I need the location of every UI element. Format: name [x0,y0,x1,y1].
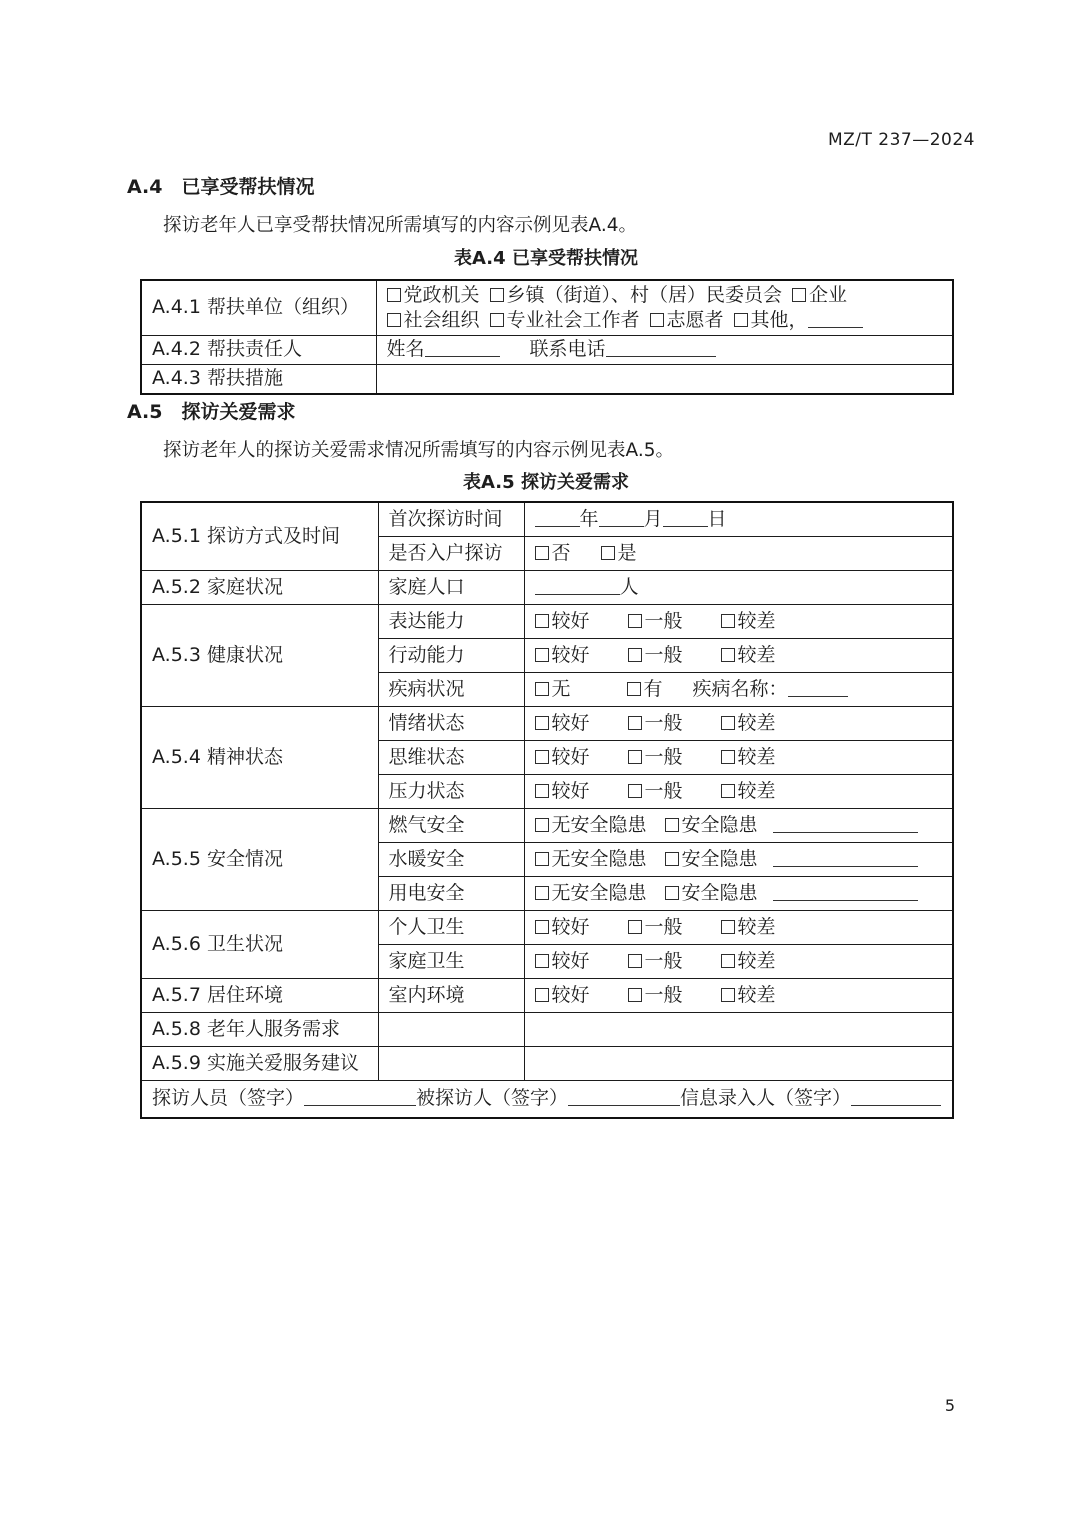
table-a5: A.5.1 探访方式及时间 首次探访时间 年月日 是否入户探访 否是 A.5.2… [140,501,954,1119]
option-label: 较好 [552,984,590,1006]
table-a4: A.4.1 帮扶单位（组织） 党政机关乡镇（街道）、村（居）民委员会企业 社会组… [140,279,954,395]
field-label: 疾病名称： [693,678,788,700]
fill-cell[interactable] [524,1013,953,1047]
option-label: 较差 [738,916,776,938]
checkbox-icon[interactable] [628,716,642,730]
sub-label-cell: 室内环境 [378,979,524,1013]
doc-code: MZ/T 237—2024 [0,130,975,150]
checkbox-icon[interactable] [535,716,549,730]
checkbox-icon[interactable] [628,920,642,934]
fill-cell[interactable] [378,1047,524,1081]
table-row: A.4.1 帮扶单位（组织） 党政机关乡镇（街道）、村（居）民委员会企业 社会组… [141,280,953,336]
row-label-cell: A.5.8 老年人服务需求 [141,1013,378,1047]
option-label: 较差 [738,644,776,666]
option-label: 较差 [738,746,776,768]
checkbox-icon[interactable] [535,750,549,764]
options-cell: 党政机关乡镇（街道）、村（居）民委员会企业 社会组织专业社会工作者志愿者其他， [376,280,953,336]
sub-label-cell: 个人卫生 [378,911,524,945]
checkbox-icon[interactable] [721,750,735,764]
blank-line[interactable] [851,1089,941,1106]
table-row: A.5.2 家庭状况 家庭人口 人 [141,571,953,605]
sub-label-cell: 首次探访时间 [378,502,524,537]
checkbox-icon[interactable] [535,852,549,866]
option-label: 社会组织 [404,309,480,331]
checkbox-icon[interactable] [627,682,641,696]
checkbox-icon[interactable] [535,886,549,900]
checkbox-icon[interactable] [721,648,735,662]
blank-line[interactable] [773,884,918,901]
blank-line[interactable] [599,510,644,527]
option-label: 一般 [645,610,683,632]
option-label: 较好 [552,610,590,632]
option-label: 一般 [645,916,683,938]
option-label: 其他， [751,309,808,331]
options-cell: 无安全隐患安全隐患 [524,809,953,843]
signature-row: 探访人员（签字）被探访人（签字）信息录入人（签字） [141,1081,953,1119]
checkbox-icon[interactable] [535,818,549,832]
options-cell: 较好一般较差 [524,979,953,1013]
table-row: A.5.6 卫生状况 个人卫生 较好一般较差 [141,911,953,945]
signature-cell: 探访人员（签字）被探访人（签字）信息录入人（签字） [141,1081,953,1119]
option-label: 一般 [645,950,683,972]
checkbox-icon[interactable] [387,288,401,302]
option-label: 有 [644,678,663,700]
options-cell: 较好一般较差 [524,605,953,639]
table-a5-title: 表A.5 探访关爱需求 [140,468,952,494]
section-a5-intro: 探访老年人的探访关爱需求情况所需填写的内容示例见表A.5。 [163,436,674,462]
option-label: 较差 [738,780,776,802]
row-label-cell: A.5.4 精神状态 [141,707,378,809]
option-label: 乡镇（街道）、村（居）民委员会 [507,284,783,306]
checkbox-icon[interactable] [535,784,549,798]
row-label-cell: A.4.2 帮扶责任人 [141,336,376,365]
option-label: 一般 [645,746,683,768]
checkbox-icon[interactable] [665,818,679,832]
sub-label-cell: 燃气安全 [378,809,524,843]
sub-label-cell: 家庭卫生 [378,945,524,979]
checkbox-icon[interactable] [721,784,735,798]
option-label: 一般 [645,780,683,802]
option-label: 较好 [552,950,590,972]
blank-line[interactable] [425,340,500,357]
table-row: A.5.1 探访方式及时间 首次探访时间 年月日 [141,502,953,537]
checkbox-icon[interactable] [628,614,642,628]
row-label-cell: A.5.2 家庭状况 [141,571,378,605]
checkbox-icon[interactable] [628,954,642,968]
checkbox-icon[interactable] [665,852,679,866]
checkbox-icon[interactable] [721,954,735,968]
checkbox-icon[interactable] [792,288,806,302]
sub-label-cell: 用电安全 [378,877,524,911]
table-row: A.5.3 健康状况 表达能力 较好一般较差 [141,605,953,639]
options-cell: 否是 [524,537,953,571]
blank-line[interactable] [808,311,863,328]
option-label: 无安全隐患 [552,814,647,836]
blank-line[interactable] [535,578,620,595]
blank-line[interactable] [788,680,848,697]
checkbox-icon[interactable] [721,716,735,730]
fill-cell: 年月日 [524,502,953,537]
sub-label-cell: 是否入户探访 [378,537,524,571]
fill-cell: 人 [524,571,953,605]
blank-line[interactable] [568,1089,680,1106]
section-a4-intro: 探访老年人已享受帮扶情况所需填写的内容示例见表A.4。 [163,211,637,237]
options-cell: 较好一般较差 [524,707,953,741]
option-label: 志愿者 [667,309,724,331]
option-label: 一般 [645,984,683,1006]
option-label: 较好 [552,644,590,666]
checkbox-icon[interactable] [535,954,549,968]
checkbox-icon[interactable] [665,886,679,900]
sub-label-cell: 疾病状况 [378,673,524,707]
checkbox-icon[interactable] [721,988,735,1002]
checkbox-icon[interactable] [535,920,549,934]
options-cell: 较好一般较差 [524,639,953,673]
fill-cell[interactable] [524,1047,953,1081]
section-a4-heading: A.4 已享受帮扶情况 [127,172,315,199]
option-label: 一般 [645,644,683,666]
row-label-cell: A.4.1 帮扶单位（组织） [141,280,376,336]
blank-line[interactable] [773,850,918,867]
unit-label: 年 [580,508,599,530]
options-cell: 较好一般较差 [524,945,953,979]
option-label: 较好 [552,712,590,734]
blank-line[interactable] [535,510,580,527]
option-label: 较差 [738,610,776,632]
option-label: 较差 [738,712,776,734]
signature-label: 信息录入人（签字） [680,1087,851,1109]
options-cell: 无有疾病名称： [524,673,953,707]
option-label: 较好 [552,780,590,802]
checkbox-icon[interactable] [601,546,615,560]
options-cell: 无安全隐患安全隐患 [524,843,953,877]
option-label: 较好 [552,746,590,768]
option-label: 否 [552,542,571,564]
checkbox-icon[interactable] [535,614,549,628]
row-label-cell: A.5.3 健康状况 [141,605,378,707]
option-label: 安全隐患 [682,848,758,870]
option-label: 较好 [552,916,590,938]
field-label: 姓名 [387,338,425,360]
checkbox-icon[interactable] [535,648,549,662]
option-label: 安全隐患 [682,814,758,836]
sub-label-cell: 家庭人口 [378,571,524,605]
row-label-cell: A.5.6 卫生状况 [141,911,378,979]
row-label-cell: A.4.3 帮扶措施 [141,364,376,393]
option-label: 较差 [738,950,776,972]
blank-line[interactable] [663,510,708,527]
unit-label: 人 [620,576,639,598]
checkbox-icon[interactable] [721,614,735,628]
checkbox-icon[interactable] [628,648,642,662]
option-label: 党政机关 [404,284,480,306]
table-row: A.4.2 帮扶责任人 姓名联系电话 [141,336,953,365]
sub-label-cell: 表达能力 [378,605,524,639]
fill-cell: 姓名联系电话 [376,336,953,365]
row-label-cell: A.5.5 安全情况 [141,809,378,911]
table-a4-title: 表A.4 已享受帮扶情况 [140,244,952,270]
option-label: 无 [552,678,571,700]
option-label: 企业 [809,284,847,306]
checkbox-icon[interactable] [734,313,748,327]
row-label-cell: A.5.7 居住环境 [141,979,378,1013]
option-label: 无安全隐患 [552,882,647,904]
checkbox-icon[interactable] [490,288,504,302]
fill-cell[interactable] [378,1013,524,1047]
checkbox-icon[interactable] [535,988,549,1002]
option-label: 较差 [738,984,776,1006]
signature-label: 探访人员（签字） [152,1087,304,1109]
unit-label: 月 [644,508,663,530]
table-row: A.5.9 实施关爱服务建议 [141,1047,953,1081]
option-label: 安全隐患 [682,882,758,904]
table-row: A.5.4 精神状态 情绪状态 较好一般较差 [141,707,953,741]
checkbox-icon[interactable] [535,546,549,560]
checkbox-icon[interactable] [490,313,504,327]
sub-label-cell: 思维状态 [378,741,524,775]
checkbox-icon[interactable] [535,682,549,696]
checkbox-icon[interactable] [628,784,642,798]
table-row: A.4.3 帮扶措施 [141,364,953,393]
signature-label: 被探访人（签字） [416,1087,568,1109]
row-label-cell: A.5.9 实施关爱服务建议 [141,1047,378,1081]
checkbox-icon[interactable] [628,750,642,764]
blank-line[interactable] [773,816,918,833]
field-label: 联系电话 [530,338,606,360]
fill-cell[interactable] [376,364,953,393]
option-label: 专业社会工作者 [507,309,640,331]
sub-label-cell: 行动能力 [378,639,524,673]
checkbox-icon[interactable] [721,920,735,934]
section-a5-heading: A.5 探访关爱需求 [127,397,296,424]
sub-label-cell: 水暖安全 [378,843,524,877]
sub-label-cell: 情绪状态 [378,707,524,741]
sub-label-cell: 压力状态 [378,775,524,809]
checkbox-icon[interactable] [387,313,401,327]
options-cell: 较好一般较差 [524,775,953,809]
blank-line[interactable] [606,340,716,357]
row-label-cell: A.5.1 探访方式及时间 [141,502,378,571]
option-label: 一般 [645,712,683,734]
unit-label: 日 [708,508,727,530]
option-label: 是 [618,542,637,564]
options-cell: 无安全隐患安全隐患 [524,877,953,911]
checkbox-icon[interactable] [628,988,642,1002]
table-row: A.5.7 居住环境 室内环境 较好一般较差 [141,979,953,1013]
options-cell: 较好一般较差 [524,741,953,775]
option-label: 无安全隐患 [552,848,647,870]
options-cell: 较好一般较差 [524,911,953,945]
blank-line[interactable] [304,1089,416,1106]
page-number: 5 [0,1396,955,1415]
table-row: A.5.8 老年人服务需求 [141,1013,953,1047]
checkbox-icon[interactable] [650,313,664,327]
table-row: A.5.5 安全情况 燃气安全 无安全隐患安全隐患 [141,809,953,843]
